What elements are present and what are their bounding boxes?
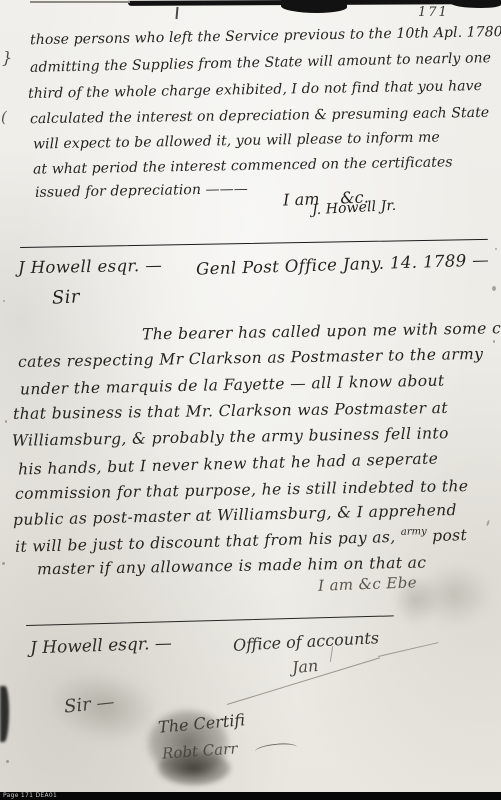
- paper-speck: [495, 248, 497, 250]
- section-divider-1: [20, 239, 488, 249]
- letter2-line-3: under the marquis de la Fayette — all I …: [20, 372, 445, 399]
- letter3-salutation: Sir —: [63, 691, 115, 717]
- margin-mark-1: }: [2, 48, 12, 67]
- letter2-line-1: The bearer has called upon me with some …: [142, 319, 501, 344]
- letter2-line-4: that business is that Mr. Clarkson was P…: [13, 399, 448, 423]
- torn-top-faint: [30, 1, 130, 3]
- letter2-line-7: commission for that purpose, he is still…: [15, 477, 469, 503]
- scan-footer-label: Page 171 DEA01: [3, 792, 57, 800]
- paper-speck: [3, 300, 5, 302]
- letter3-addressee: J Howell esqr. —: [30, 634, 173, 659]
- crease-line-2: [378, 642, 439, 657]
- letter2-line-2: cates respecting Mr Clarkson as Postmast…: [18, 345, 484, 371]
- margin-mark-2: (: [1, 108, 7, 126]
- left-edge-smudge: [0, 686, 9, 742]
- letter1-line-1: those persons who left the Service previ…: [30, 24, 501, 49]
- paper-speck: [5, 420, 7, 423]
- letter2-line-9-after: post: [432, 526, 468, 545]
- letter2-line-9: it will be just to discount that from hi…: [15, 526, 468, 556]
- letter2-line-9-before: it will be just to discount that from hi…: [15, 528, 396, 556]
- letter3-fragment-1: The Certifi: [157, 710, 245, 737]
- letter1-line-3: third of the whole charge exhibited, I d…: [28, 78, 482, 102]
- paper-speck: [6, 760, 9, 763]
- manuscript-scan-page: 171 those persons who left the Service p…: [0, 0, 501, 800]
- paper-speck: [2, 562, 5, 565]
- crease-arc: [254, 742, 297, 757]
- torn-top-blob-right: [451, 0, 501, 8]
- letter1-signature-j-howell: J. Howell Jr.: [312, 198, 397, 218]
- paper-speck: [492, 286, 496, 291]
- page-number: 171: [418, 5, 449, 20]
- letter1-line-6: at what period the interest commenced on…: [33, 154, 453, 177]
- letter2-signoff: I am &c Ebe: [318, 573, 418, 594]
- pen-tick: [175, 7, 178, 19]
- letter1-line-5: will expect to be allowed it, you will p…: [33, 129, 440, 152]
- letter1-line-4: calculated the interest on depreciation …: [30, 105, 489, 127]
- scan-footer-bar: Page 171 DEA01: [0, 792, 501, 800]
- torn-top-blob: [281, 0, 347, 13]
- section-divider-2: [26, 615, 394, 626]
- letter1-line-2: admitting the Supplies from the State wi…: [30, 50, 491, 76]
- faded-stain-right: [418, 565, 490, 625]
- letter1-line-7: issued for depreciation ———: [35, 181, 248, 201]
- letter2-addressee: J Howell esqr. —: [18, 256, 162, 278]
- paper-speck: [493, 340, 495, 343]
- paper-speck: [486, 520, 490, 526]
- letter2-salutation: Sir: [51, 286, 80, 308]
- letter3-fragment-2: Robt Carr: [161, 739, 238, 762]
- letter3-office: Office of accounts: [233, 628, 380, 655]
- letter2-dateline: Genl Post Office Jany. 14. 1789 —: [196, 250, 490, 278]
- letter2-line-5: Williamsburg, & probably the army busine…: [12, 424, 449, 450]
- letter2-inserted-word: army: [401, 526, 427, 538]
- letter3-date-fragment: Jan: [291, 656, 319, 677]
- letter2-line-8: public as post-master at Williamsburg, &…: [13, 501, 457, 529]
- letter2-line-6: his hands, but I never knew that he had …: [18, 450, 439, 479]
